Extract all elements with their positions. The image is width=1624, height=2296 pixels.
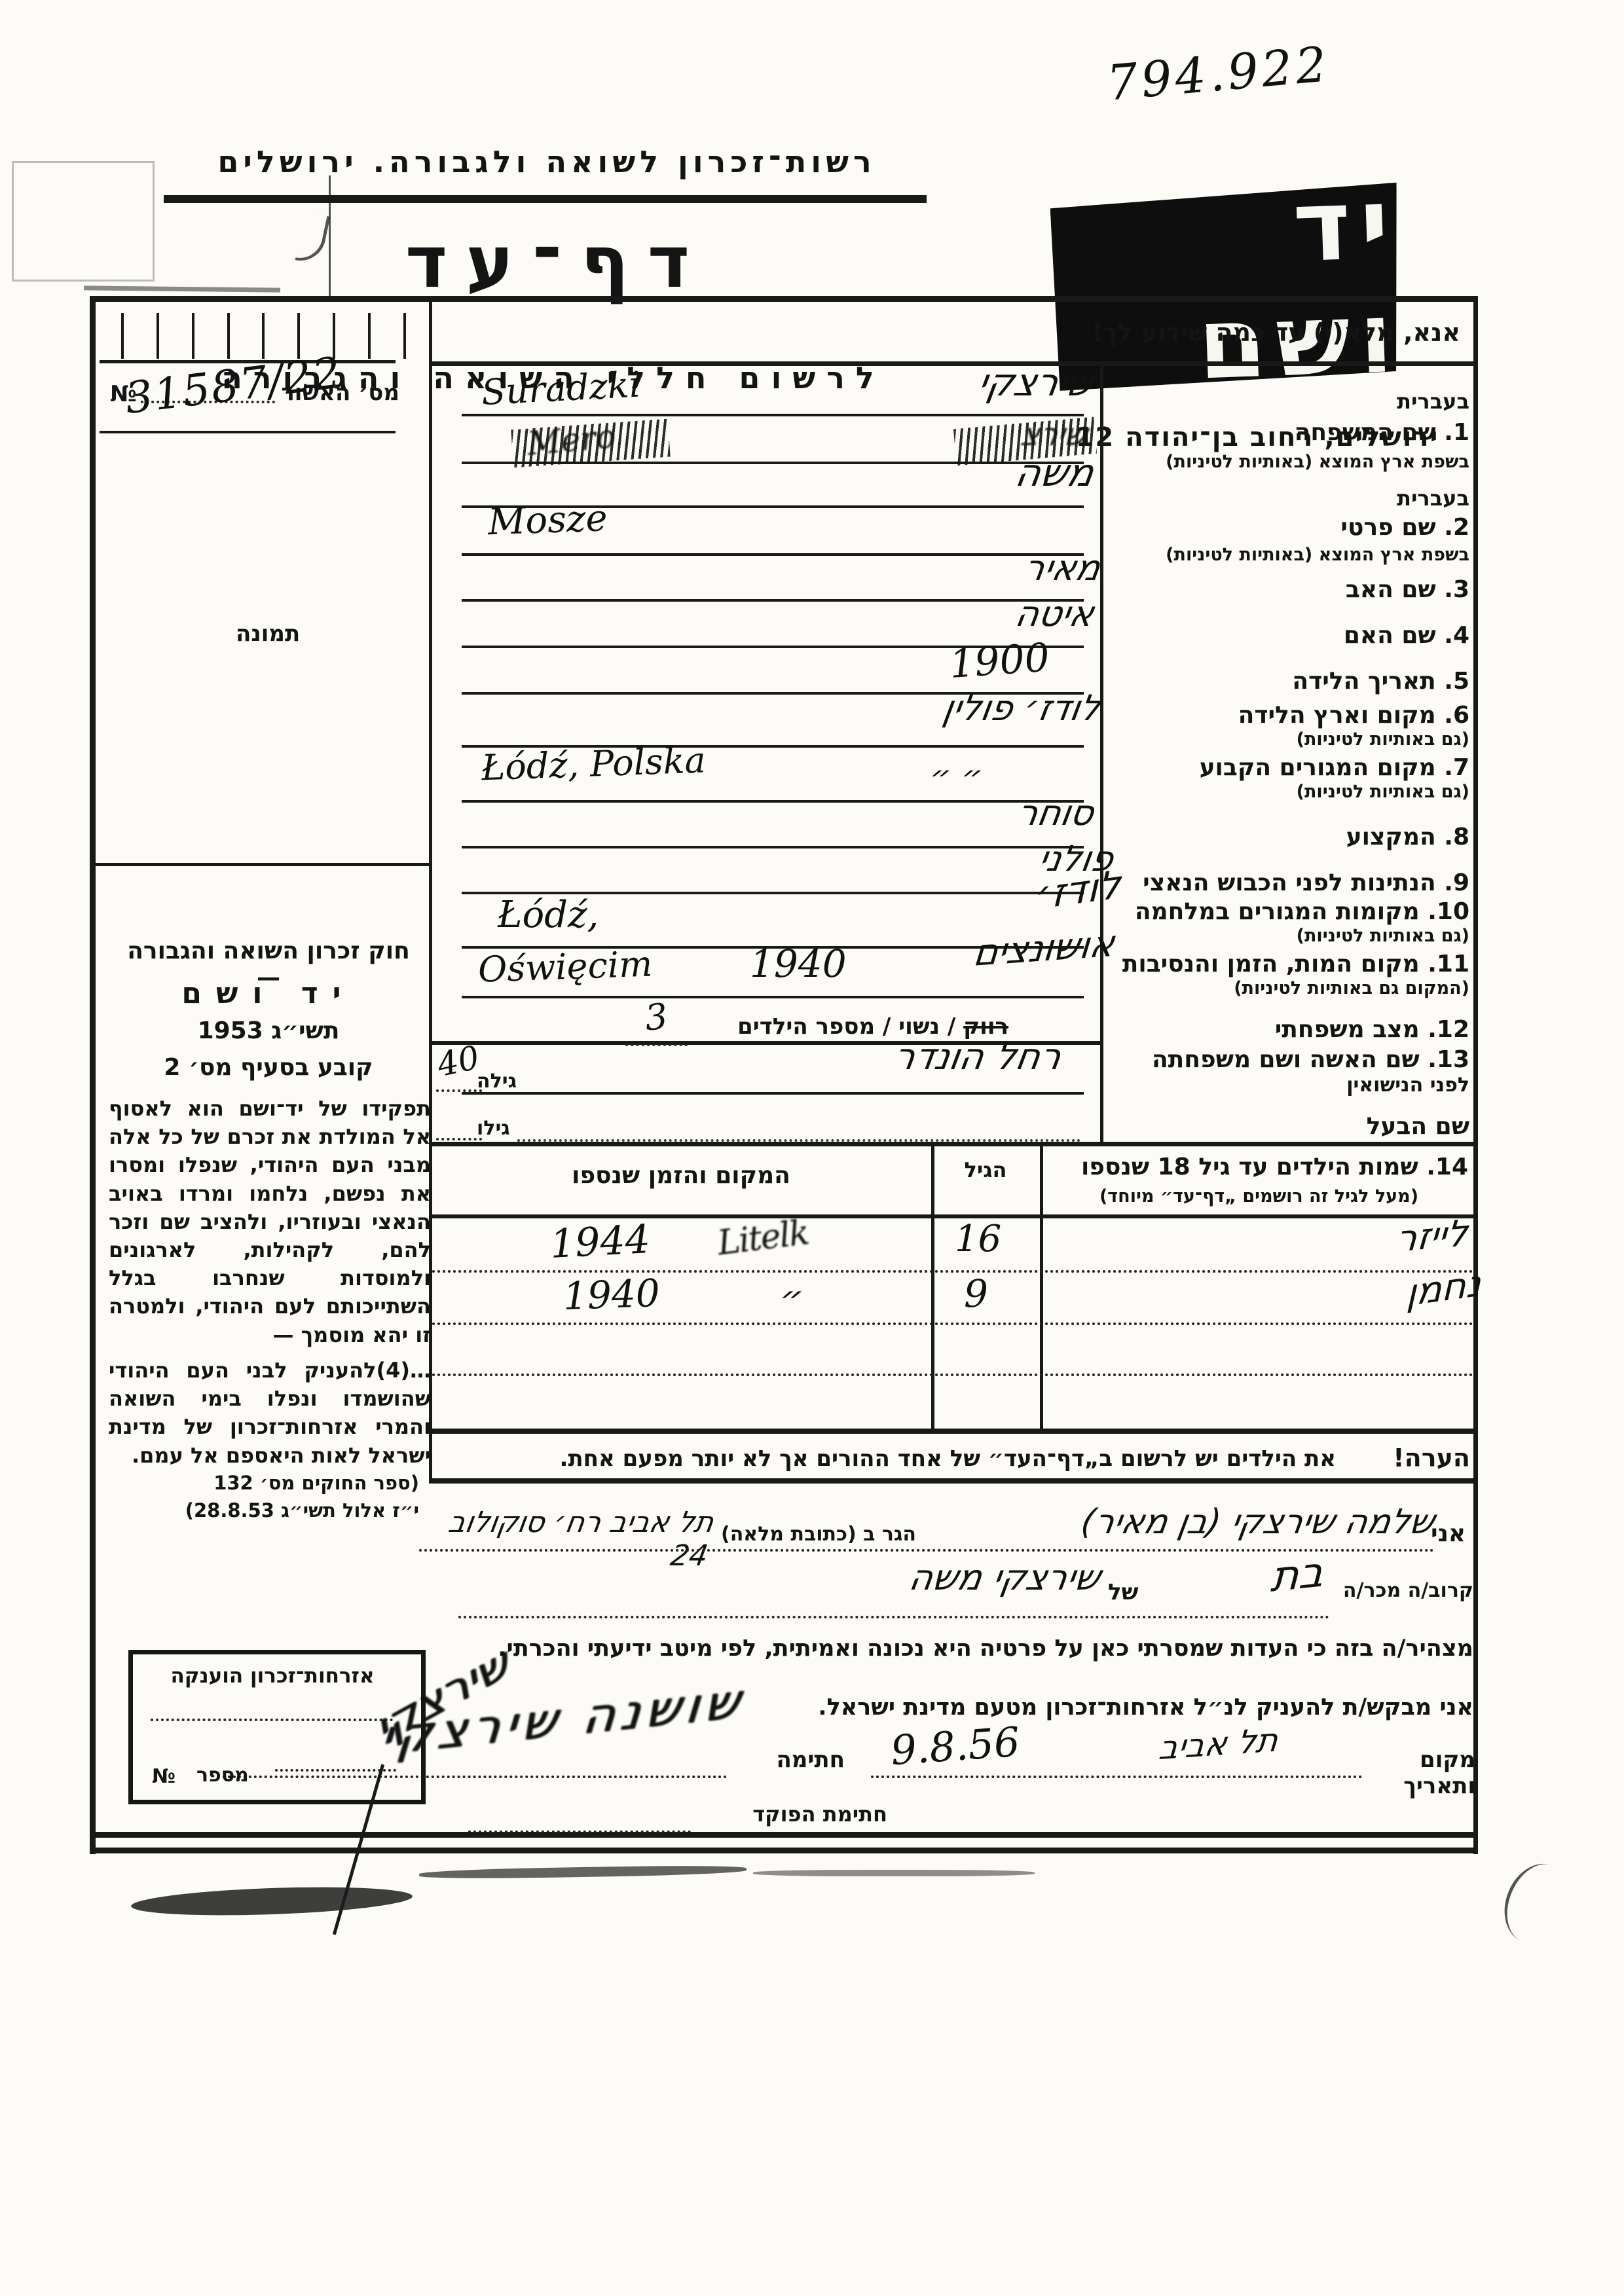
signing-date-handwritten: 9.8.56: [889, 1715, 1069, 1775]
field4-label: 4. שם האם: [1108, 622, 1469, 649]
stamp-no-sign: №: [152, 1765, 175, 1788]
child1-name-handwritten: לייזר: [1333, 1212, 1469, 1266]
answer-line-13: [462, 1092, 1084, 1095]
sidebar-law-year: תשי״ג 1953: [111, 1017, 426, 1044]
sidebar-citation-2: י״ז אלול תשי״ג 28.8.53): [111, 1499, 419, 1522]
stamp-number-label: מספר: [196, 1764, 249, 1787]
field8-label: 8. המקצוע: [1108, 824, 1469, 850]
first-name-latin-handwritten: Mosze: [487, 494, 692, 544]
profession-handwritten: סוחר: [939, 792, 1097, 833]
declaration-statement: מצהיר/ה בזה כי העדות שמסרתי כאן על פרטיה…: [478, 1635, 1473, 1662]
wife-age-label: גילה: [477, 1070, 517, 1093]
declaration-line1-dotted: [419, 1549, 1434, 1552]
field3-label: 3. שם האב: [1108, 576, 1469, 603]
clerk-signature-dotted: [468, 1831, 691, 1833]
left-column-divider: [90, 863, 432, 866]
child2-year-handwritten: 1940: [563, 1269, 714, 1319]
sidebar-citation-1: (ספר החוקים מס׳ 132: [111, 1472, 419, 1494]
note-band-bottom: [429, 1478, 1477, 1484]
resident-label: הגר ב (כתובת מלאה): [701, 1523, 936, 1546]
certificate-cell-bottom: [100, 431, 396, 433]
children-table-header-bottom: [429, 1214, 1477, 1218]
relation-handwritten: בת: [1228, 1548, 1325, 1606]
yad-vashem-logo: יד ושם: [1050, 183, 1403, 391]
death-place-latin-handwritten: Oświęcim: [477, 940, 734, 991]
page-of-testimony-scan: 794.922 יד ושם ירושלים, רחוב בן־יהודה 12…: [0, 0, 1624, 2296]
note-title: הערה!: [1342, 1444, 1470, 1472]
signing-place-handwritten: תל אביב: [1098, 1721, 1280, 1772]
children-names-subheader: (מעל לגיל זה רושמים „דף־עד״ מיוחד): [1048, 1186, 1470, 1207]
form-border-left: [90, 296, 96, 1854]
death-year-handwritten: 1940: [750, 941, 881, 986]
children-count-handwritten: 3: [643, 995, 670, 1038]
declarant-name-handwritten: שלמה שירצקי (בן מאיר): [933, 1503, 1438, 1542]
child1-year-handwritten: 1944: [549, 1214, 701, 1267]
children-row2-line: [432, 1322, 1473, 1325]
field1-label: 1. שם המשפחה: [1108, 419, 1469, 446]
form-border-bottom-2: [90, 1848, 1478, 1853]
field7-label: 7. מקום המגורים הקבוע: [1108, 754, 1469, 781]
field11-label: 11. מקום המות, הזמן והנסיבות: [1108, 951, 1469, 977]
fill-instruction: אנא, מלא(י) עד כמה שידוע לך!: [851, 318, 1460, 347]
photo-label: תמונה: [236, 621, 300, 647]
child1-place-scribble: Litelk: [715, 1201, 908, 1264]
place-date-dotted: [871, 1776, 1362, 1778]
husband-age-dotted: [436, 1138, 482, 1140]
declarant-i-label: אני: [1431, 1520, 1466, 1547]
death-place-hebrew-handwritten: אושונצים: [868, 922, 1117, 982]
pen-squiggle-bottom-right: [1493, 1854, 1581, 1953]
field7-sublabel: (גם באותיות לטיניות): [1108, 782, 1469, 802]
field5-label: 5. תאריך הלידה: [1108, 668, 1469, 695]
answer-line-11: [462, 996, 1084, 998]
clerk-signature-label: חתימת הפוקד: [710, 1802, 887, 1827]
field2-sublabel: בשפת ארץ המוצא (באותיות לטיניות): [1108, 545, 1469, 565]
wartime-residence-latin-handwritten: Łódź,: [498, 894, 674, 936]
wife-age-handwritten: 40: [434, 1038, 483, 1084]
children-count-dotted: [625, 1044, 688, 1046]
victim-name-handwritten: שירצקי משה: [802, 1557, 1103, 1598]
sidebar-law-section: קובע בסעיף מס׳ 2: [111, 1054, 426, 1081]
birth-date-handwritten: 1900: [948, 631, 1101, 687]
sidebar-law-name: יד ושם: [111, 977, 426, 1010]
field9-label: 9. הנתינות לפני הכבוש הנאצי: [1108, 869, 1469, 896]
declarant-address-handwritten: תל אביב רח׳ סוקולוב 24: [397, 1506, 716, 1573]
form-border-right: [1473, 296, 1478, 1854]
father-name-handwritten: מאיר: [959, 547, 1103, 589]
child2-age-handwritten: 9: [964, 1271, 1023, 1316]
wife-age-dotted: [436, 1089, 482, 1092]
children-age-column-header: הגיל: [933, 1157, 1038, 1182]
field13-sublabel: לפני הנישואין: [1108, 1074, 1469, 1097]
field13-label: 13. שם האשה ושם משפחתה: [1108, 1046, 1469, 1073]
field10-label: 10. מקומות המגורים במלחמה: [1108, 898, 1469, 925]
children-place-column-header: המקום והזמן שנספו: [445, 1162, 917, 1189]
children-table-top: [429, 1142, 1477, 1146]
faint-stamp-box: [12, 161, 155, 282]
header-underline: [164, 195, 927, 203]
file-number-handwritten: 794.922: [1105, 36, 1331, 111]
form-border-bottom-1: [90, 1832, 1478, 1838]
field2-label: 2. שם פרטי: [1108, 514, 1469, 541]
sidebar-clause-4: …(4)להעניק לבני העם היהודי שהושמדו ונפלו…: [109, 1357, 431, 1470]
husband-name-label: שם הבעל: [1108, 1113, 1469, 1140]
field1-lang-label: בעברית: [1108, 389, 1469, 414]
stamp-title: אזרחות־זכרון הוענקה: [135, 1664, 410, 1688]
first-name-hebrew-handwritten: משה: [978, 450, 1098, 495]
ink-smudge-3: [753, 1870, 1035, 1876]
surname-hebrew-handwritten: שירצקי: [887, 360, 1098, 405]
note-text: את הילדים יש לרשום ב„דף־העד״ של אחד ההור…: [452, 1446, 1336, 1472]
children-row1-line: [432, 1270, 1473, 1273]
smudge-line: [84, 285, 280, 292]
sidebar-paragraph: תפקידו של יד־ושם הוא לאסוף אל המולדת את …: [109, 1095, 431, 1349]
husband-age-label: גילו: [477, 1117, 510, 1140]
citizenship-request: אני מבקש/ת להעניק לנ״ל אזרחות־זכרון מטעם…: [740, 1694, 1473, 1721]
labels-column-rule: [1100, 364, 1103, 1144]
field6-label: 6. מקום וארץ הלידה: [1108, 702, 1469, 729]
wife-name-handwritten: רחל הונדר: [788, 1036, 1064, 1078]
field1-sublabel: בשפת ארץ המוצא (באותיות לטיניות): [1108, 452, 1469, 472]
field11-sublabel: (המקום גם באותיות לטיניות): [1108, 978, 1469, 998]
residence-latin-handwritten: Łódź, Polska: [481, 737, 796, 789]
form-border-top: [90, 296, 1478, 302]
residence-ditto-marks: ״ ״: [835, 758, 986, 796]
declaration-line2-dotted: [458, 1616, 1329, 1618]
relation-label: קרוב/ה מכר/ה: [1329, 1579, 1473, 1602]
field6-sublabel: (גם באותיות לטיניות): [1108, 729, 1469, 750]
of-label: של: [1108, 1579, 1138, 1605]
children-table-vline-age-left: [931, 1142, 934, 1433]
children-names-header: 14. שמות הילדים עד גיל 18 שנספו: [1054, 1154, 1468, 1180]
birth-place-handwritten: לודז׳ פולין: [828, 687, 1103, 729]
child2-place-ditto: ״: [775, 1278, 807, 1321]
pen-scribble-artifact: [295, 211, 331, 265]
children-table-bottom: [429, 1429, 1477, 1434]
field12-label: 12. מצב משפחתי: [1108, 1016, 1469, 1043]
authority-name: רשות־זכרון לשואה ולגבורה. ירושלים: [164, 144, 930, 179]
ink-smudge-2: [419, 1865, 747, 1880]
scan-artifact-line: [329, 175, 331, 298]
field2-lang-label: בעברית: [1108, 486, 1469, 511]
child1-age-handwritten: 16: [955, 1218, 1027, 1260]
signature-label: חתימה: [737, 1747, 845, 1773]
form-title: דף־עד: [393, 220, 720, 304]
mother-name-handwritten: איטה: [952, 593, 1097, 634]
ink-smudge-1: [130, 1884, 413, 1920]
children-table-vline-age-right: [1040, 1142, 1043, 1433]
children-row3-line: [432, 1374, 1473, 1376]
place-date-label: מקום ותאריך: [1361, 1747, 1475, 1799]
field10-sublabel: (גם באותיות לטיניות): [1108, 926, 1469, 946]
